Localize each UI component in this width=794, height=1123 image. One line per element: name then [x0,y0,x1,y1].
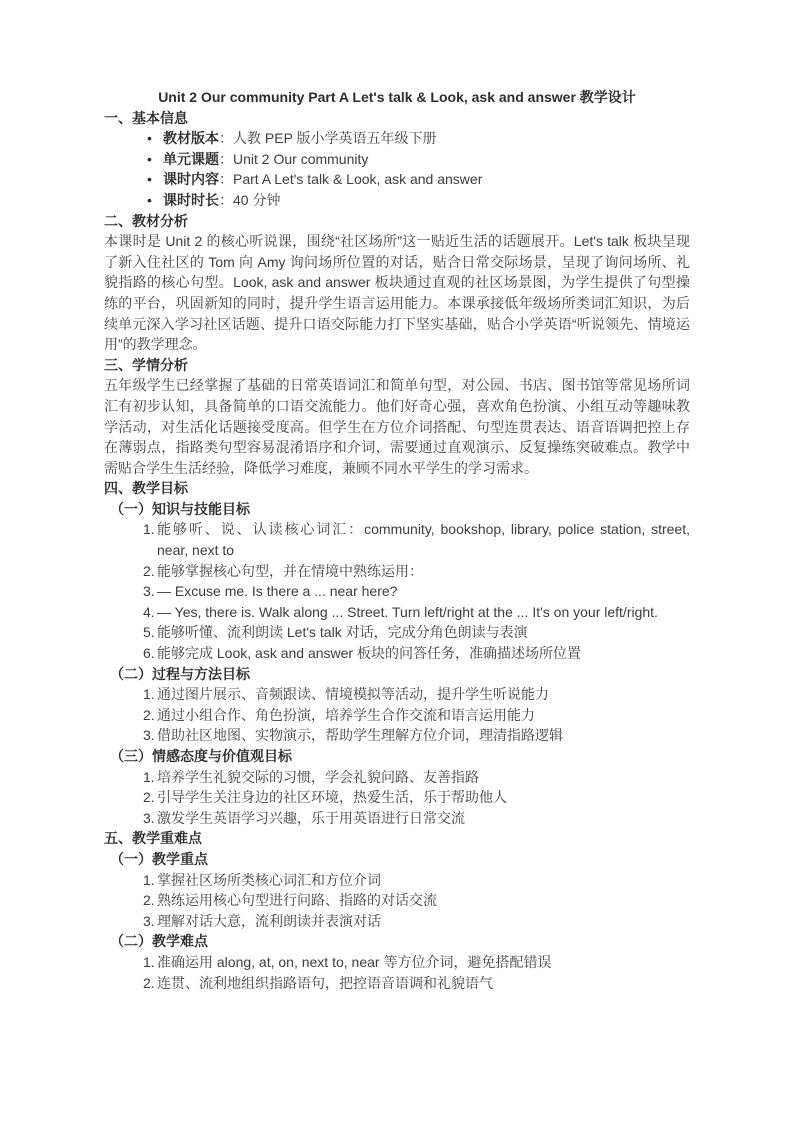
objective-item: 能够完成 Look, ask and answer 板块的问答任务，准确描述场所… [104,643,690,664]
focus-points-list: 掌握社区场所类核心词汇和方位介词 熟练运用核心句型进行问路、指路的对话交流 理解… [104,870,690,932]
difficulty-point-item: 连贯、流利地组织指路语句，把控语音语调和礼貌语气 [104,973,690,994]
subsection-heading-difficulty: （二）教学难点 [104,931,690,952]
basic-info-item: 课时时长：40 分钟 [104,190,690,211]
objective-item: — Excuse me. Is there a ... near here? [104,581,690,602]
info-colon: ： [219,151,233,167]
learner-analysis-paragraph: 五年级学生已经掌握了基础的日常英语词汇和简单句型，对公园、书店、图书馆等常见场所… [104,375,690,478]
objective-item: 激发学生英语学习兴趣，乐于用英语进行日常交流 [104,808,690,829]
objective-item: 能够听懂、流利朗读 Let's talk 对话，完成分角色朗读与表演 [104,622,690,643]
basic-info-list: 教材版本：人教 PEP 版小学英语五年级下册 单元课题：Unit 2 Our c… [104,128,690,210]
objective-item: 能够听、说、认读核心词汇：community, bookshop, librar… [104,519,690,560]
knowledge-objectives-list: 能够听、说、认读核心词汇：community, bookshop, librar… [104,519,690,663]
document-title: Unit 2 Our community Part A Let's talk &… [104,87,690,108]
material-analysis-paragraph: 本课时是 Unit 2 的核心听说课，围绕“社区场所”这一贴近生活的话题展开。L… [104,231,690,355]
focus-point-item: 理解对话大意，流利朗读并表演对话 [104,911,690,932]
emotion-objectives-list: 培养学生礼貌交际的习惯，学会礼貌问路、友善指路 引导学生关注身边的社区环境，热爱… [104,767,690,829]
section-heading-material-analysis: 二、教材分析 [104,211,690,232]
objective-item: 引导学生关注身边的社区环境，热爱生活，乐于帮助他人 [104,787,690,808]
section-heading-key-points: 五、教学重难点 [104,828,690,849]
objective-item: 借助社区地图、实物演示，帮助学生理解方位介词，理清指路逻辑 [104,725,690,746]
info-colon: ： [219,171,233,187]
basic-info-item: 课时内容：Part A Let's talk & Look, ask and a… [104,169,690,190]
difficulty-point-item: 准确运用 along, at, on, next to, near 等方位介词，… [104,952,690,973]
section-heading-basic-info: 一、基本信息 [104,108,690,129]
info-value: Unit 2 Our community [233,151,368,167]
basic-info-item: 教材版本：人教 PEP 版小学英语五年级下册 [104,128,690,149]
info-value: 人教 PEP 版小学英语五年级下册 [233,130,437,146]
objective-item: — Yes, there is. Walk along ... Street. … [104,602,690,623]
info-label: 单元课题 [163,151,219,167]
objective-item: 能够掌握核心句型，并在情境中熟练运用： [104,561,690,582]
info-label: 课时内容 [163,171,219,187]
subsection-heading-emotion: （三）情感态度与价值观目标 [104,746,690,767]
info-label: 教材版本 [163,130,219,146]
objective-item: 通过小组合作、角色扮演，培养学生合作交流和语言运用能力 [104,705,690,726]
info-colon: ： [219,192,233,208]
info-label: 课时时长 [163,192,219,208]
focus-point-item: 掌握社区场所类核心词汇和方位介词 [104,870,690,891]
subsection-heading-knowledge: （一）知识与技能目标 [104,499,690,520]
basic-info-item: 单元课题：Unit 2 Our community [104,149,690,170]
document-page: Unit 2 Our community Part A Let's talk &… [0,0,794,1123]
section-heading-learner-analysis: 三、学情分析 [104,355,690,376]
difficulty-points-list: 准确运用 along, at, on, next to, near 等方位介词，… [104,952,690,993]
process-objectives-list: 通过图片展示、音频跟读、情境模拟等活动，提升学生听说能力 通过小组合作、角色扮演… [104,684,690,746]
objective-item: 通过图片展示、音频跟读、情境模拟等活动，提升学生听说能力 [104,684,690,705]
section-heading-objectives: 四、教学目标 [104,478,690,499]
info-value: 40 分钟 [233,192,280,208]
subsection-heading-focus: （一）教学重点 [104,849,690,870]
subsection-heading-process: （二）过程与方法目标 [104,664,690,685]
info-colon: ： [219,130,233,146]
info-value: Part A Let's talk & Look, ask and answer [233,171,482,187]
focus-point-item: 熟练运用核心句型进行问路、指路的对话交流 [104,890,690,911]
objective-item: 培养学生礼貌交际的习惯，学会礼貌问路、友善指路 [104,767,690,788]
